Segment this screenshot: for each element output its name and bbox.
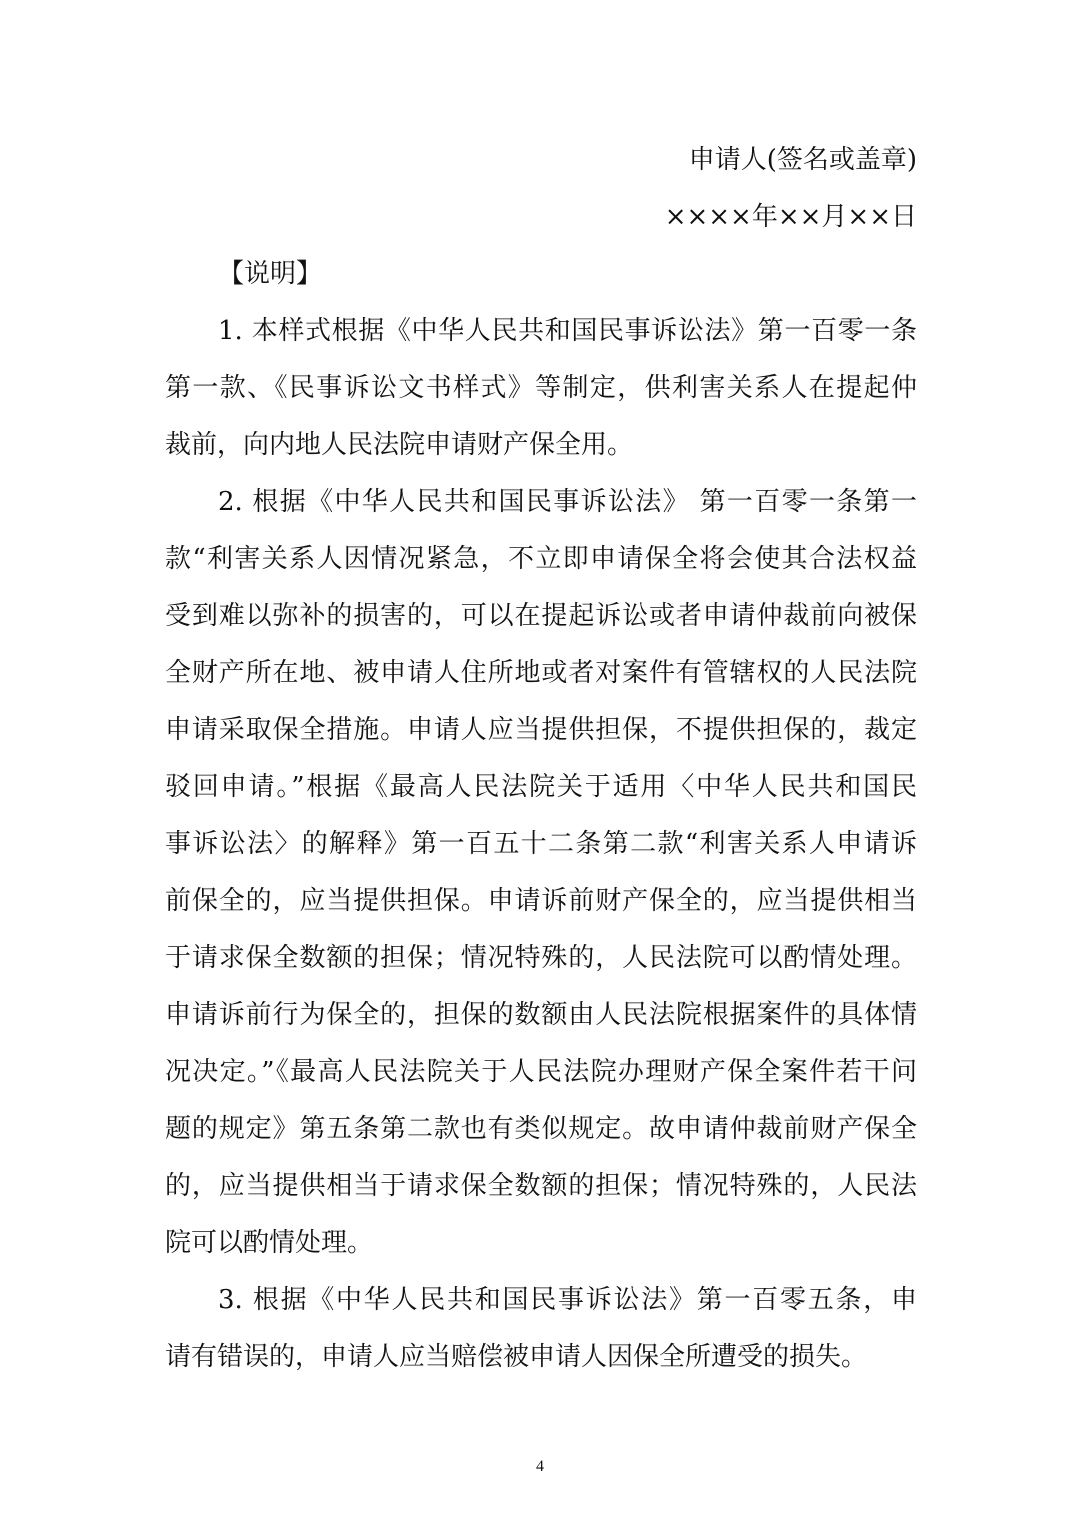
page-number: 4 [0, 1458, 1080, 1476]
note-2-line: 题的规定》第五条第二款也有类似规定。故申请仲裁前财产保全 [165, 1113, 917, 1145]
note-2-line: 申请采取保全措施。申请人应当提供担保，不提供担保的，裁定 [165, 714, 917, 746]
applicant-signature-label: 申请人(签名或盖章) [165, 144, 917, 176]
note-2-line: 款“利害关系人因情况紧急，不立即申请保全将会使其合法权益 [165, 543, 917, 575]
note-2-line: 前保全的，应当提供担保。申请诉前财产保全的，应当提供相当 [165, 885, 917, 917]
note-2-line: 事诉讼法〉的解释》第一百五十二条第二款“利害关系人申请诉 [165, 828, 917, 860]
note-2-line: 院可以酌情处理。 [165, 1227, 917, 1259]
note-1-line: 1. 本样式根据《中华人民共和国民事诉讼法》第一百零一条 [218, 315, 917, 347]
note-3-line: 3. 根据《中华人民共和国民事诉讼法》第一百零五条，申 [218, 1284, 917, 1316]
note-2-line: 于请求保全数额的担保；情况特殊的，人民法院可以酌情处理。 [165, 942, 917, 974]
note-2-line: 驳回申请。”根据《最高人民法院关于适用〈中华人民共和国民 [165, 771, 917, 803]
note-2-line: 2. 根据《中华人民共和国民事诉讼法》 第一百零一条第一 [218, 486, 917, 518]
note-3-line: 请有错误的，申请人应当赔偿被申请人因保全所遭受的损失。 [165, 1341, 917, 1373]
note-2-line: 受到难以弥补的损害的，可以在提起诉讼或者申请仲裁前向被保 [165, 600, 917, 632]
date-placeholder: ××××年××月××日 [165, 201, 917, 233]
note-2-line: 全财产所在地、被申请人住所地或者对案件有管辖权的人民法院 [165, 657, 917, 689]
note-1-line: 裁前，向内地人民法院申请财产保全用。 [165, 429, 917, 461]
note-2-line: 的，应当提供相当于请求保全数额的担保；情况特殊的，人民法 [165, 1170, 917, 1202]
note-2-line: 况决定。”《最高人民法院关于人民法院办理财产保全案件若干问 [165, 1056, 917, 1088]
notes-heading: 【说明】 [218, 258, 917, 290]
note-2-line: 申请诉前行为保全的，担保的数额由人民法院根据案件的具体情 [165, 999, 917, 1031]
note-1-line: 第一款、《民事诉讼文书样式》等制定，供利害关系人在提起仲 [165, 372, 917, 404]
